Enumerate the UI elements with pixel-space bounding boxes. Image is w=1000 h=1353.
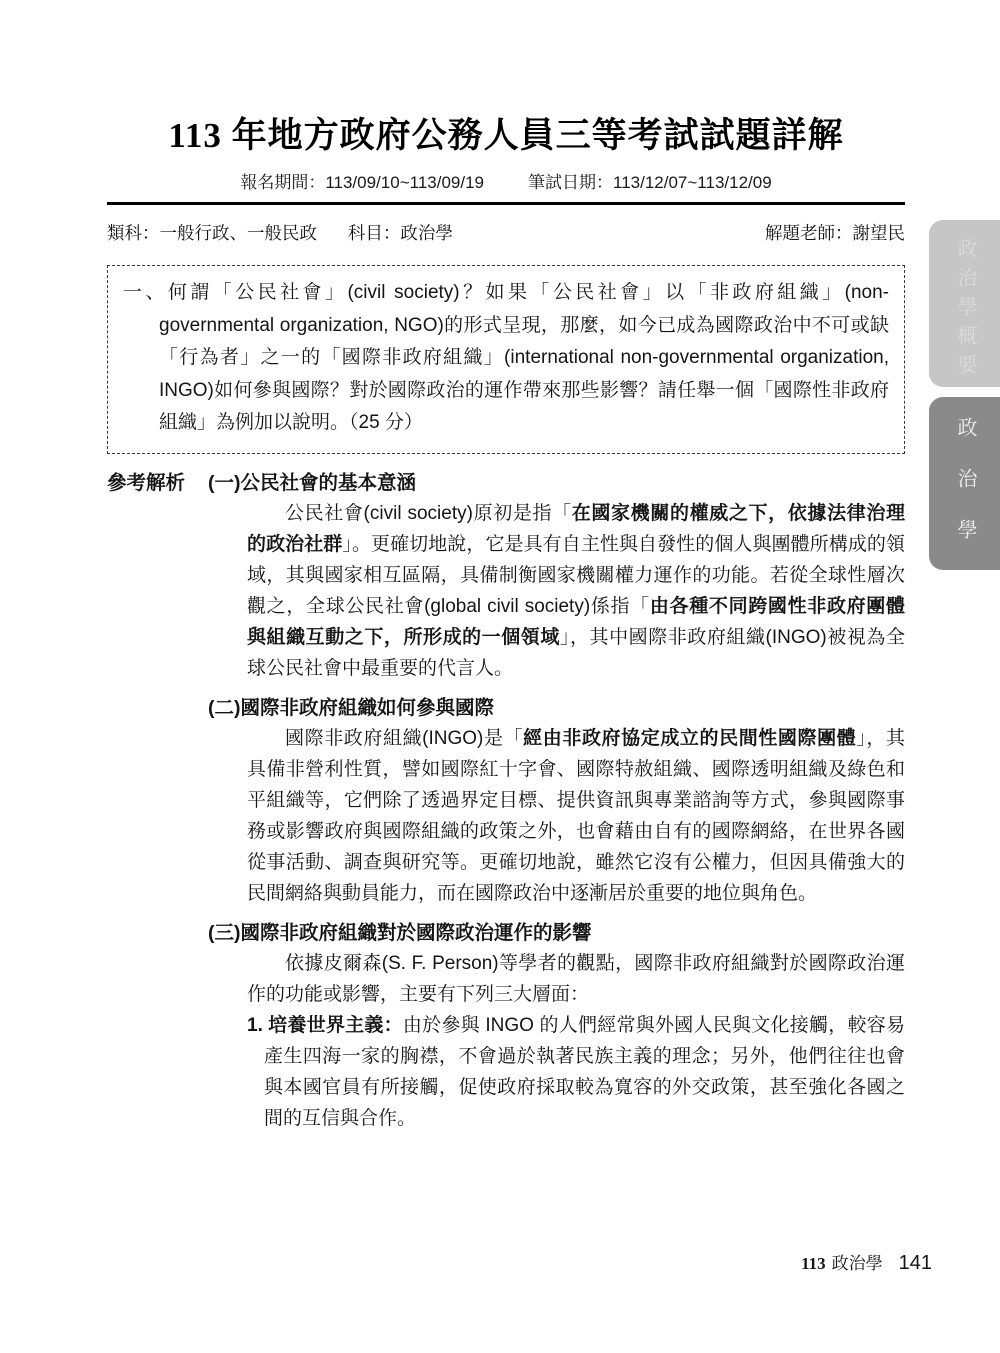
footer-book-year: 113 [801,1254,826,1274]
thumb-tab-politics-label: 政治學 [929,397,1000,570]
section-2-body: 國際非政府組織(INGO)是「經由非政府協定成立的民間性國際團體」，其具備非營利… [247,723,905,909]
exam-dates-row: 報名期間：113/09/10~113/09/19 筆試日期：113/12/07~… [107,168,905,193]
thumb-tab-politics-outline: 政治學概要 [929,220,1000,387]
section-3-paragraph: 依據皮爾森(S. F. Person)等學者的觀點，國際非政府組織對於國際政治運… [247,948,905,1010]
analysis-section-2: (二)國際非政府組織如何參與國際 國際非政府組織(INGO)是「經由非政府協定成… [208,693,905,909]
question-body: 何謂「公民社會」(civil society)？如果「公民社會」以「非政府組織」… [159,282,889,433]
exam-subject: 科目：政治學 [348,223,453,243]
page-footer: 113 政治學 141 [801,1249,932,1275]
written-exam-date: 筆試日期：113/12/07~113/12/09 [528,168,772,193]
page-title: 113 年地方政府公務人員三等考試試題詳解 [107,108,905,158]
list-item-text: 培養世界主義：由於參與 INGO 的人們經常與外國人民與文化接觸，較容易產生四海… [264,1015,905,1129]
analysis-label: 參考解析 [107,468,208,1134]
page-content: 113 年地方政府公務人員三等考試試題詳解 報名期間：113/09/10~113… [107,0,905,1134]
section-1-heading: (一)公民社會的基本意涵 [208,468,905,498]
solver-name: 解題老師：謝望民 [765,220,905,245]
question-box: 一、何謂「公民社會」(civil society)？如果「公民社會」以「非政府組… [107,265,905,454]
analysis-section-1: (一)公民社會的基本意涵 公民社會(civil society)原初是指「在國家… [208,468,905,684]
thumb-tab-politics-outline-label: 政治學概要 [929,220,1000,387]
title-divider [107,202,905,205]
question-text: 一、何謂「公民社會」(civil society)？如果「公民社會」以「非政府組… [123,277,889,440]
scanned-book-page: 113 年地方政府公務人員三等考試試題詳解 報名期間：113/09/10~113… [0,0,1000,1353]
thumb-tab-politics: 政治學 [929,397,1000,570]
section-1-body: 公民社會(civil society)原初是指「在國家機關的權威之下，依據法律治… [247,498,905,684]
footer-book-subject: 政治學 [832,1249,883,1274]
section-2-paragraph: 國際非政府組織(INGO)是「經由非政府協定成立的民間性國際團體」，其具備非營利… [247,723,905,909]
analysis-section-3: (三)國際非政府組織對於國際政治運作的影響 依據皮爾森(S. F. Person… [208,918,905,1134]
section-3-heading: (三)國際非政府組織對於國際政治運作的影響 [208,918,905,948]
exam-category: 類科：一般行政、一般民政 [107,223,317,243]
list-item-marker: 1. [247,1015,263,1036]
section-3-list-item-1: 1.培養世界主義：由於參與 INGO 的人們經常與外國人民與文化接觸，較容易產生… [247,1010,905,1134]
analysis-sections: (一)公民社會的基本意涵 公民社會(civil society)原初是指「在國家… [208,468,905,1134]
register-period: 報名期間：113/09/10~113/09/19 [240,168,484,193]
section-1-paragraph: 公民社會(civil society)原初是指「在國家機關的權威之下，依據法律治… [247,498,905,684]
section-3-body: 依據皮爾森(S. F. Person)等學者的觀點，國際非政府組織對於國際政治運… [247,948,905,1134]
analysis-block: 參考解析 (一)公民社會的基本意涵 公民社會(civil society)原初是… [107,468,905,1134]
section-2-heading: (二)國際非政府組織如何參與國際 [208,693,905,723]
meta-row: 類科：一般行政、一般民政 科目：政治學 解題老師：謝望民 [107,220,905,245]
meta-left: 類科：一般行政、一般民政 科目：政治學 [107,220,453,245]
question-number: 一、 [123,282,168,303]
footer-page-number: 141 [899,1252,932,1275]
